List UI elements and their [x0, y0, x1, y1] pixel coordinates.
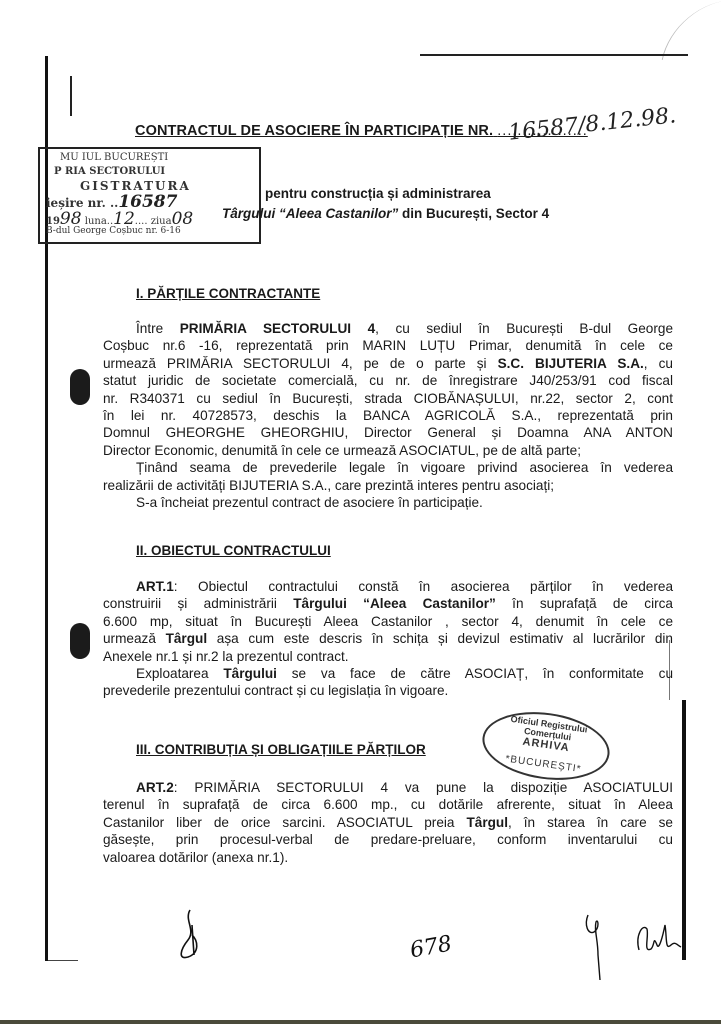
text-line: Anexele nr.1 și nr.2 la prezentul contra…	[103, 648, 673, 665]
top-border-line	[420, 54, 688, 56]
text-line: găsește, prin procesul-verbal de predare…	[103, 831, 673, 848]
text-line: Exploatarea Târgului se va face de către…	[103, 665, 673, 682]
text-line: statut juridic de societate comercială, …	[103, 372, 673, 389]
handwritten-page-mark: 678	[408, 932, 454, 964]
text-line: ART.1: Obiectul contractului constă în a…	[103, 578, 673, 595]
title-text: CONTRACTUL DE ASOCIERE ÎN PARTICIPAȚIE N…	[135, 123, 493, 139]
subtitle-aleea: “Aleea Castanilor”	[279, 206, 398, 221]
signature-1-icon	[170, 905, 210, 965]
stamp-exit-label: ieșire nr. ..	[46, 196, 118, 210]
text-line: valoarea dotărilor (anexa nr.1).	[103, 849, 673, 866]
punch-hole-icon	[70, 369, 90, 405]
left-margin-mark	[70, 76, 72, 116]
text-line: S-a încheiat prezentul contract de asoci…	[103, 494, 673, 511]
stamp-line-2: P RIA SECTORULUI	[54, 166, 165, 177]
section-heading-object: II. OBIECTUL CONTRACTULUI	[136, 543, 331, 558]
text-line: urmează Târgul așa cum este descris în s…	[103, 630, 673, 647]
section-heading-parties: I. PĂRȚILE CONTRACTANTE	[136, 286, 320, 301]
punch-hole-icon	[70, 623, 90, 659]
bottom-margin-mark	[48, 960, 78, 961]
text-line: Coșbuc nr.6 -16, reprezentată prin MARIN…	[103, 337, 673, 354]
text-line: nr. R340371 cu sediul în București, stra…	[103, 390, 673, 407]
section-heading-contribution: III. CONTRIBUȚIA ȘI OBLIGAȚIILE PĂRȚILOR	[136, 742, 426, 757]
text-line: Între PRIMĂRIA SECTORULUI 4, cu sediul î…	[103, 320, 673, 337]
subtitle-line-2: Târgului “Aleea Castanilor” din Bucureșt…	[222, 206, 549, 221]
subtitle-line-1: pentru construcția și administrarea	[265, 186, 491, 201]
art2-paragraph: ART.2: PRIMĂRIA SECTORULUI 4 va pune la …	[103, 779, 673, 866]
subtitle-location: din București, Sector 4	[398, 206, 549, 221]
text-line: Ținând seama de prevederile legale în vi…	[103, 459, 673, 476]
text-line: realizării de activități BIJUTERIA S.A.,…	[103, 477, 673, 494]
handwritten-contract-number: 16587/8.12.98.	[507, 103, 677, 145]
text-line: urmează PRIMĂRIA SECTORULUI 4, pe de o p…	[103, 355, 673, 372]
text-line: 6.600 mp, situat în București Aleea Cast…	[103, 613, 673, 630]
stamp-line-1: MU IUL BUCUREȘTI	[60, 152, 168, 163]
subtitle-targ: Târgului	[222, 206, 279, 221]
parties-paragraph: Între PRIMĂRIA SECTORULUI 4, cu sediul î…	[103, 320, 673, 511]
stamp-address: B-dul George Coșbuc nr. 6-16	[46, 226, 181, 236]
text-line: prevederile prezentului contract și cu l…	[103, 682, 673, 699]
registry-stamp: MU IUL BUCUREȘTI P RIA SECTORULUI GISTRA…	[38, 147, 261, 244]
text-line: construirii și administrării Târgului “A…	[103, 595, 673, 612]
text-line: Castanilor liber de orice sarcini. ASOCI…	[103, 814, 673, 831]
signature-3-icon	[635, 915, 683, 960]
stamp-line-3: GISTRATURA	[80, 179, 191, 193]
scan-bottom-edge	[0, 1020, 721, 1024]
page-corner-fold	[662, 0, 721, 60]
text-line: Domnul GHEORGHE GHEORGHIU, Director Gene…	[103, 424, 673, 441]
art1-paragraph: ART.1: Obiectul contractului constă în a…	[103, 578, 673, 700]
text-line: în lei nr. 40728573, deschis la BANCA AG…	[103, 407, 673, 424]
signature-2-icon	[580, 910, 610, 985]
text-line: Director Economic, denumită în cele ce u…	[103, 442, 673, 459]
text-line: ART.2: PRIMĂRIA SECTORULUI 4 va pune la …	[103, 779, 673, 796]
text-line: terenul în suprafață de circa 6.600 mp.,…	[103, 796, 673, 813]
archive-seal: Oficiul Registrului Comerțului ARHIVA *B…	[478, 704, 614, 787]
